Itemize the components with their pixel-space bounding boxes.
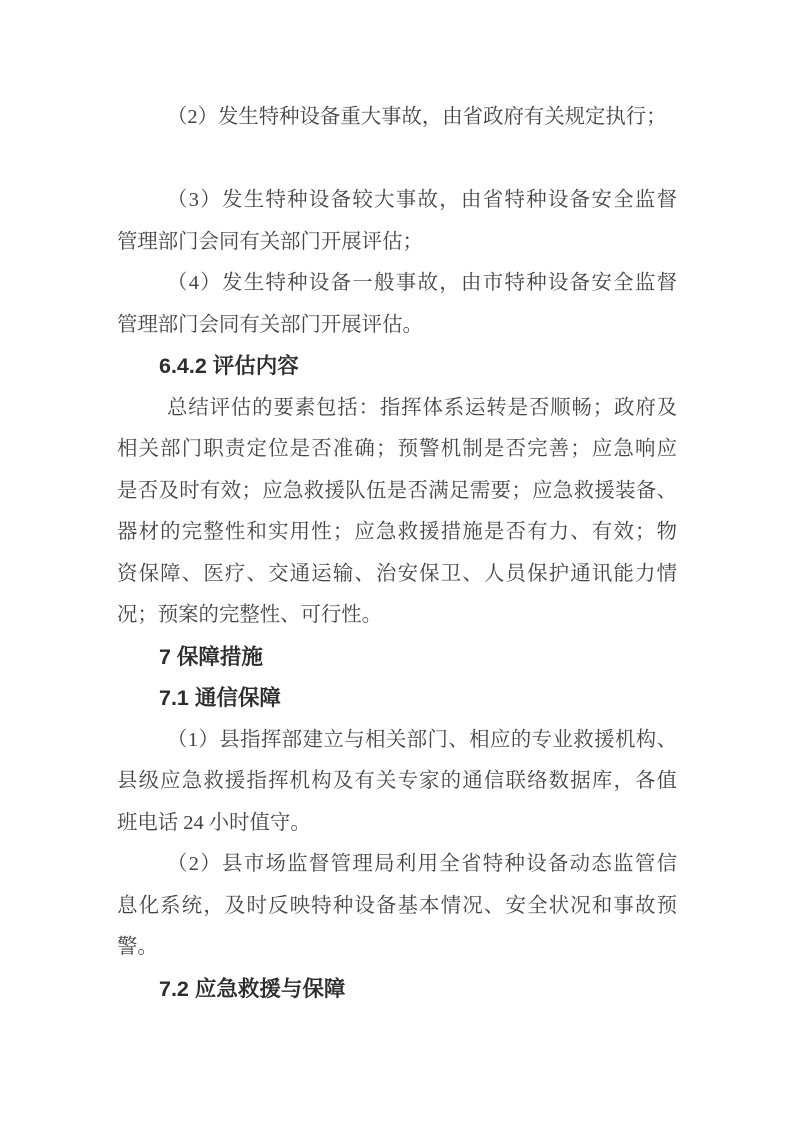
text-line: 管理部门会同有关部门开展评估； [117,222,677,264]
document-page: （2）发生特种设备重大事故，由省政府有关规定执行；（3）发生特种设备较大事故，由… [0,0,793,1122]
text-line: （3）发生特种设备较大事故，由省特种设备安全监督 [117,180,677,222]
heading-text: 6.4.2 评估内容 [117,346,677,388]
heading-text: 7.1 通信保障 [117,678,677,720]
heading-text: 7 保障措施 [117,637,677,679]
text-line: 班电话 24 小时值守。 [117,803,677,845]
text-line: 相关部门职责定位是否准确；预警机制是否完善；应急响应 [117,429,677,471]
text-line: （1）县指挥部建立与相关部门、相应的专业救援机构、 [117,720,677,762]
document-content: （2）发生特种设备重大事故，由省政府有关规定执行；（3）发生特种设备较大事故，由… [117,97,677,1010]
text-line: 警。 [117,927,677,969]
paragraph: （2）发生特种设备重大事故，由省政府有关规定执行； [117,97,677,139]
section-heading: 7 保障措施 [117,637,677,679]
text-line: 资保障、医疗、交通运输、治安保卫、人员保护通讯能力情 [117,554,677,596]
blank-line [117,139,677,181]
paragraph: （3）发生特种设备较大事故，由省特种设备安全监督管理部门会同有关部门开展评估； [117,180,677,263]
text-line: 总结评估的要素包括：指挥体系运转是否顺畅；政府及 [117,388,677,430]
text-line: （2）县市场监督管理局利用全省特种设备动态监管信 [117,844,677,886]
paragraph: （2）县市场监督管理局利用全省特种设备动态监管信息化系统，及时反映特种设备基本情… [117,844,677,969]
section-heading: 6.4.2 评估内容 [117,346,677,388]
text-line: 县级应急救援指挥机构及有关专家的通信联络数据库，各值 [117,761,677,803]
text-line: （2）发生特种设备重大事故，由省政府有关规定执行； [117,97,677,139]
paragraph: 总结评估的要素包括：指挥体系运转是否顺畅；政府及相关部门职责定位是否准确；预警机… [117,388,677,637]
text-line: 器材的完整性和实用性；应急救援措施是否有力、有效；物 [117,512,677,554]
text-line: （4）发生特种设备一般事故，由市特种设备安全监督 [117,263,677,305]
section-heading: 7.1 通信保障 [117,678,677,720]
paragraph: （4）发生特种设备一般事故，由市特种设备安全监督管理部门会同有关部门开展评估。 [117,263,677,346]
section-heading: 7.2 应急救援与保障 [117,969,677,1011]
text-line: 是否及时有效；应急救援队伍是否满足需要；应急救援装备、 [117,471,677,513]
paragraph: （1）县指挥部建立与相关部门、相应的专业救援机构、县级应急救援指挥机构及有关专家… [117,720,677,845]
text-line: 管理部门会同有关部门开展评估。 [117,305,677,347]
text-line: 况；预案的完整性、可行性。 [117,595,677,637]
heading-text: 7.2 应急救援与保障 [117,969,677,1011]
text-line: 息化系统，及时反映特种设备基本情况、安全状况和事故预 [117,886,677,928]
